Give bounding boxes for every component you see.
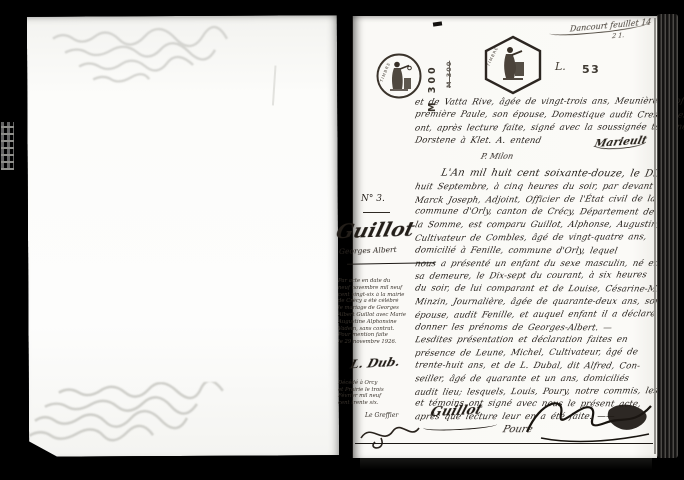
handwriting-line: et de Vatta Rive, âgée de vingt-trois an… (414, 95, 659, 109)
mention-line: neuf novembre mil neuf (338, 285, 431, 292)
mention-line: le mariage de Georges (338, 305, 431, 312)
mention-signature: L. Dub. (349, 355, 402, 372)
folio-number: 53 (582, 63, 600, 76)
mention-line: cent vingt-six à la mairie (338, 292, 431, 299)
handwriting-line: domicilié à Fenille, commune d'Orly, leq… (415, 244, 657, 258)
hexagon-timbre-stamp: . TIMBRE (481, 34, 545, 96)
mention-line: cent trente six. (338, 400, 420, 407)
mention-line: Février mil neuf (338, 393, 420, 400)
page-bottom-rule (355, 443, 653, 444)
handwriting-line: la Somme, est comparu Guillot, Alphonse,… (415, 219, 657, 232)
handwriting-line: donner les prénoms de Georges-Albert. — (415, 321, 657, 335)
father-signature: Guillot (428, 403, 484, 421)
mention-line: Albert Guillot avec Marie (338, 312, 431, 319)
ghost-handwriting-bottom (19, 382, 239, 453)
act-number: N° 3. (361, 194, 385, 204)
page-bottom-shadow (360, 458, 652, 470)
marriage-mention: Par acte en date du neuf novembre mil ne… (338, 278, 431, 346)
book-page-edges (657, 14, 678, 458)
handwriting-line: présence de Leune, Michel, Cultivateur, … (415, 346, 657, 360)
handwriting-line: épouse, audit Fenille, et auquel enfant … (415, 308, 657, 322)
handwriting-line: ont, après lecture faite, signé avec la … (414, 121, 659, 135)
act-number-rule (363, 212, 390, 213)
handwriting-line: Cultivateur de Combles, âgé de vingt-qua… (415, 231, 657, 245)
page-edge-highlight (654, 18, 656, 454)
mention-line: Par acte en date du (338, 278, 431, 285)
mention-line: Vadein, sans contrat. (338, 326, 431, 333)
handwriting-line: trente-huit ans, et de L. Dubal, dit Alf… (415, 359, 657, 373)
microfilm-scan: Dancourt feuillet 14 2 1. L. 53 TIMBRE M… (0, 0, 684, 480)
film-edge-markings (1, 122, 14, 170)
death-mention: Décédé à Orcy et Prairie le trois Févrie… (338, 380, 420, 406)
mention-line: de Crécy a été célébré (338, 298, 431, 305)
margin-given-names: Georges Albert (339, 245, 397, 256)
greffier-signature-squiggle (357, 418, 423, 450)
officer-signature-flourish (521, 392, 657, 446)
handwriting-line: du soir, de lui comparant et de Louise, … (415, 283, 657, 297)
mention-line: le 29 novembre 1926. (338, 339, 431, 346)
mention-line: Augustine Alphonsine (338, 319, 431, 326)
handwriting-line: L'An mil huit cent soixante-douze, le Di… (415, 168, 657, 181)
handwriting-line: commune d'Orly, canton de Crécy, Départe… (415, 206, 657, 220)
left-page (27, 15, 339, 457)
handwriting-line: seiller, âgé de quarante et un ans, domi… (415, 373, 657, 386)
margin-surname: Guillot (334, 217, 418, 244)
paraph-mark: L. (555, 60, 566, 73)
mention-line: Pour mention faite (338, 332, 431, 339)
ghost-handwriting-top (35, 24, 250, 89)
act-body: L'An mil huit cent soixante-douze, le Di… (415, 168, 657, 424)
mention-line: Décédé à Orcy (338, 380, 420, 387)
archivist-inscription: Dancourt feuillet 14 2 1. (548, 17, 651, 45)
vertical-code-struck: M 300 (445, 56, 453, 88)
round-timbre-stamp: TIMBRE (375, 52, 423, 100)
centered-note: P. Milon (480, 152, 514, 161)
pencil-mark (272, 65, 277, 105)
ink-dash (433, 21, 442, 26)
handwriting-line: huit Septembre, à cinq heures du soir, p… (415, 181, 657, 194)
right-page: Dancourt feuillet 14 2 1. L. 53 TIMBRE M… (352, 16, 657, 458)
handwriting-line: Minzin, Journalière, âgée de quarante-de… (415, 296, 657, 309)
handwriting-line: Lesdites présentation et déclaration fai… (415, 334, 657, 347)
handwriting-line: première Paule, son épouse, Domestique a… (414, 109, 658, 123)
